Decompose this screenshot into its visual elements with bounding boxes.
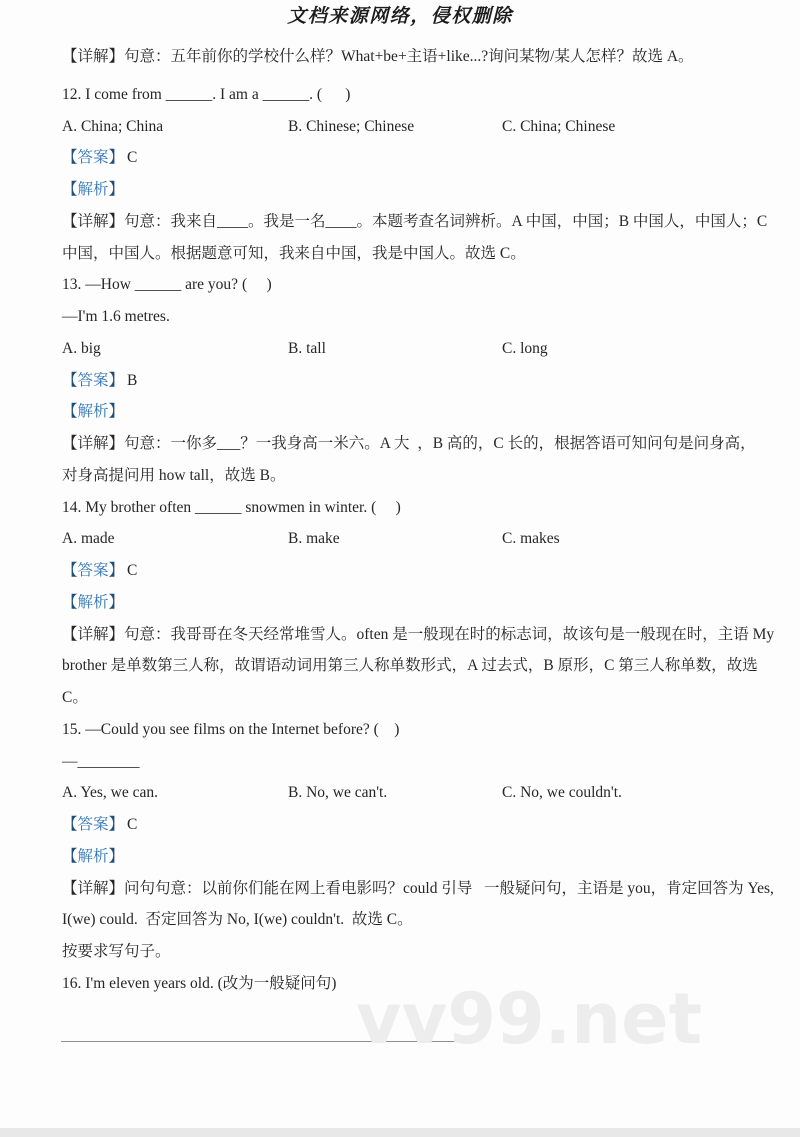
- label-bracket-close: 】: [109, 816, 125, 833]
- label-bracket-open: 【: [62, 403, 78, 420]
- text-line: 按要求写句子。: [62, 936, 762, 968]
- answer-value: C: [124, 816, 137, 833]
- label-bracket-close: 】: [109, 848, 125, 865]
- text-line: 【详解】句意：我来自____。我是一名____。本题考查名词辨析。A 中国，中国…: [62, 206, 762, 238]
- answer-label: 答案: [78, 816, 109, 833]
- analysis-line: 【解析】: [62, 587, 762, 619]
- answer-value: C: [124, 562, 137, 579]
- text-line: 15. —Could you see films on the Internet…: [62, 714, 762, 746]
- option-b: B. tall: [288, 333, 502, 365]
- option-c: C. No, we couldn't.: [502, 777, 762, 809]
- answer-label: 答案: [78, 562, 109, 579]
- option-b: B. make: [288, 523, 502, 555]
- option-c: C. makes: [502, 523, 762, 555]
- analysis-label: 解析: [78, 181, 109, 198]
- text-line: 12. I come from ______. I am a ______. (…: [62, 79, 762, 111]
- option-c: C. long: [502, 333, 762, 365]
- label-bracket-open: 【: [62, 594, 78, 611]
- analysis-line: 【解析】: [62, 841, 762, 873]
- options-row: A. bigB. tallC. long: [62, 333, 762, 365]
- text-line: 【详解】句意：我哥哥在冬天经常堆雪人。often 是一般现在时的标志词，故该句是…: [62, 619, 762, 651]
- text-line: —I'm 1.6 metres.: [62, 301, 762, 333]
- answer-line: 【答案】C: [62, 555, 762, 587]
- options-row: A. China; ChinaB. Chinese; ChineseC. Chi…: [62, 111, 762, 143]
- option-a: A. China; China: [62, 111, 288, 143]
- label-bracket-close: 】: [109, 149, 125, 166]
- text-line: 中国，中国人。根据题意可知，我来自中国，我是中国人。故选 C。: [62, 238, 762, 270]
- label-bracket-open: 【: [62, 562, 78, 579]
- answer-label: 答案: [78, 372, 109, 389]
- label-bracket-close: 】: [109, 562, 125, 579]
- analysis-label: 解析: [78, 594, 109, 611]
- text-line: I(we) could. 否定回答为 No, I(we) couldn't. 故…: [62, 904, 762, 936]
- analysis-line: 【解析】: [62, 174, 762, 206]
- document-title: 文档来源网络，侵权删除: [0, 1, 800, 28]
- label-bracket-open: 【: [62, 816, 78, 833]
- option-b: B. Chinese; Chinese: [288, 111, 502, 143]
- text-line: —________: [62, 746, 762, 778]
- answer-line: 【答案】C: [62, 142, 762, 174]
- text-line: C。: [62, 682, 762, 714]
- options-row: A. Yes, we can.B. No, we can't.C. No, we…: [62, 777, 762, 809]
- label-bracket-close: 】: [109, 594, 125, 611]
- text-line: 对身高提问用 how tall，故选 B。: [62, 460, 762, 492]
- analysis-line: 【解析】: [62, 396, 762, 428]
- analysis-label: 解析: [78, 848, 109, 865]
- answer-value: B: [124, 372, 137, 389]
- option-a: A. made: [62, 523, 288, 555]
- analysis-label: 解析: [78, 403, 109, 420]
- text-line: 【详解】句意：五年前你的学校什么样？What+be+主语+like...?询问某…: [62, 41, 762, 73]
- label-bracket-open: 【: [62, 372, 78, 389]
- label-bracket-open: 【: [62, 848, 78, 865]
- text-line: 16. I'm eleven years old. (改为一般疑问句): [62, 968, 762, 1000]
- text-line: brother 是单数第三人称，故谓语动词用第三人称单数形式，A 过去式，B 原…: [62, 650, 762, 682]
- text-line: 14. My brother often ______ snowmen in w…: [62, 492, 762, 524]
- label-bracket-close: 】: [109, 181, 125, 198]
- text-line: 【详解】问句句意：以前你们能在网上看电影吗？could 引导 一般疑问句，主语是…: [62, 873, 762, 905]
- answer-line: 【答案】B: [62, 365, 762, 397]
- label-bracket-close: 】: [109, 403, 125, 420]
- label-bracket-close: 】: [109, 372, 125, 389]
- answer-label: 答案: [78, 149, 109, 166]
- label-bracket-open: 【: [62, 149, 78, 166]
- document-body: 【详解】句意：五年前你的学校什么样？What+be+主语+like...?询问某…: [62, 41, 762, 1000]
- answer-writing-line: [61, 1026, 470, 1042]
- option-b: B. No, we can't.: [288, 777, 502, 809]
- options-row: A. madeB. makeC. makes: [62, 523, 762, 555]
- option-a: A. Yes, we can.: [62, 777, 288, 809]
- label-bracket-open: 【: [62, 181, 78, 198]
- page-bottom-edge: [0, 1128, 800, 1137]
- answer-value: C: [124, 149, 137, 166]
- option-c: C. China; Chinese: [502, 111, 762, 143]
- text-line: 13. —How ______ are you? ( ): [62, 269, 762, 301]
- text-line: 【详解】句意：一你多___？一我身高一米六。A 大 ，B 高的，C 长的，根据答…: [62, 428, 762, 460]
- option-a: A. big: [62, 333, 288, 365]
- document-page: 文档来源网络，侵权删除 【详解】句意：五年前你的学校什么样？What+be+主语…: [0, 0, 800, 1137]
- answer-line: 【答案】C: [62, 809, 762, 841]
